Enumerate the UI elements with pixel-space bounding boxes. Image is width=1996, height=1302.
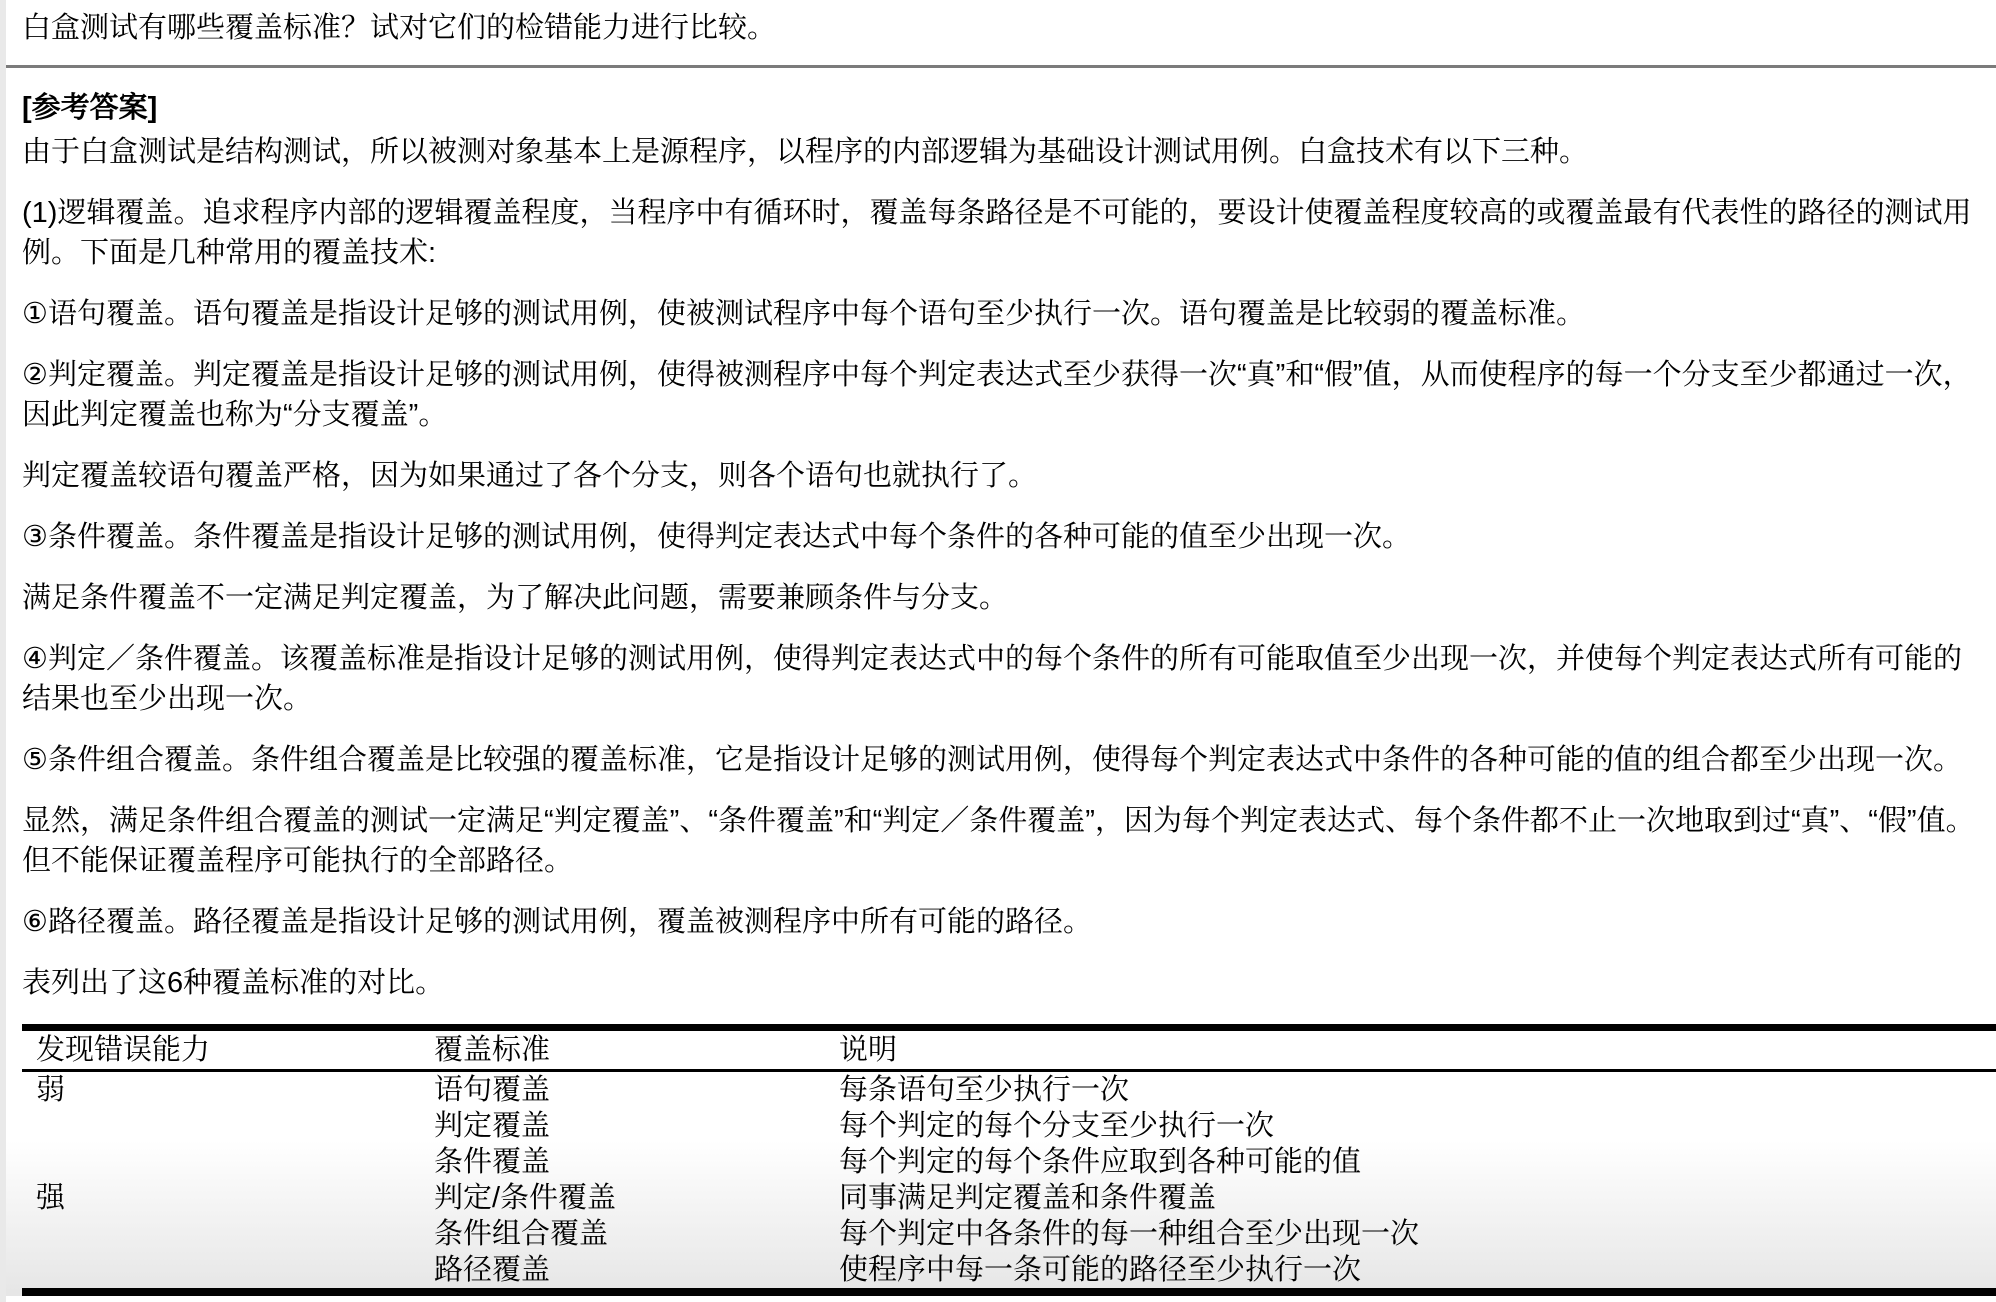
cell-description: 使程序中每一条可能的路径至少执行一次 bbox=[839, 1250, 1996, 1290]
header-cell-error-detection: 发现错误能力 bbox=[22, 1030, 434, 1070]
cell-coverage-criterion: 判定覆盖 bbox=[434, 1106, 839, 1146]
answer-paragraph: (1)逻辑覆盖。追求程序内部的逻辑覆盖程度，当程序中有循环时，覆盖每条路径是不可… bbox=[22, 193, 1980, 273]
table-row: 条件组合覆盖 每个判定中各条件的每一种组合至少出现一次 bbox=[22, 1216, 1996, 1252]
cell-coverage-criterion: 条件覆盖 bbox=[434, 1142, 839, 1182]
answer-paragraph: 由于白盒测试是结构测试，所以被测对象基本上是源程序，以程序的内部逻辑为基础设计测… bbox=[22, 132, 1980, 172]
cell-description: 每个判定中各条件的每一种组合至少出现一次 bbox=[839, 1214, 1996, 1254]
cell-coverage-criterion: 条件组合覆盖 bbox=[434, 1214, 839, 1254]
page-left-margin-strip bbox=[0, 0, 6, 1302]
section-divider bbox=[6, 65, 1996, 68]
table-header-row: 发现错误能力 覆盖标准 说明 bbox=[22, 1031, 1996, 1072]
answer-paragraph: ⑥路径覆盖。路径覆盖是指设计足够的测试用例，覆盖被测程序中所有可能的路径。 bbox=[22, 902, 1980, 942]
header-cell-coverage-criterion: 覆盖标准 bbox=[434, 1030, 839, 1070]
cell-coverage-criterion: 语句覆盖 bbox=[434, 1070, 839, 1110]
cell-description: 每个判定的每个条件应取到各种可能的值 bbox=[839, 1142, 1996, 1182]
answer-paragraph: 判定覆盖较语句覆盖严格，因为如果通过了各个分支，则各个语句也就执行了。 bbox=[22, 456, 1980, 496]
answer-paragraph: ②判定覆盖。判定覆盖是指设计足够的测试用例，使得被测程序中每个判定表达式至少获得… bbox=[22, 355, 1980, 435]
answer-paragraph: 满足条件覆盖不一定满足判定覆盖，为了解决此问题，需要兼顾条件与分支。 bbox=[22, 578, 1980, 618]
answer-paragraph: ①语句覆盖。语句覆盖是指设计足够的测试用例，使被测试程序中每个语句至少执行一次。… bbox=[22, 294, 1980, 334]
cell-description: 每个判定的每个分支至少执行一次 bbox=[839, 1106, 1996, 1146]
answer-paragraph: ⑤条件组合覆盖。条件组合覆盖是比较强的覆盖标准，它是指设计足够的测试用例，使得每… bbox=[22, 740, 1980, 780]
table-row: 条件覆盖 每个判定的每个条件应取到各种可能的值 bbox=[22, 1144, 1996, 1180]
table-row: 弱 语句覆盖 每条语句至少执行一次 bbox=[22, 1072, 1996, 1108]
question-text: 白盒测试有哪些覆盖标准？试对它们的检错能力进行比较。 bbox=[22, 8, 1980, 48]
cell-error-detection: 弱 bbox=[22, 1070, 434, 1110]
cell-coverage-criterion: 路径覆盖 bbox=[434, 1250, 839, 1290]
header-cell-description: 说明 bbox=[839, 1030, 1996, 1070]
document-body: 白盒测试有哪些覆盖标准？试对它们的检错能力进行比较。 [参考答案] 由于白盒测试… bbox=[0, 0, 1996, 1296]
cell-description: 每条语句至少执行一次 bbox=[839, 1070, 1996, 1110]
coverage-comparison-table: 发现错误能力 覆盖标准 说明 弱 语句覆盖 每条语句至少执行一次 判定覆盖 每个… bbox=[22, 1024, 1996, 1296]
answer-paragraph: ④判定／条件覆盖。该覆盖标准是指设计足够的测试用例，使得判定表达式中的每个条件的… bbox=[22, 639, 1980, 719]
table-row: 判定覆盖 每个判定的每个分支至少执行一次 bbox=[22, 1108, 1996, 1144]
table-row: 路径覆盖 使程序中每一条可能的路径至少执行一次 bbox=[22, 1252, 1996, 1288]
answer-paragraph: 显然，满足条件组合覆盖的测试一定满足“判定覆盖”、“条件覆盖”和“判定／条件覆盖… bbox=[22, 801, 1980, 881]
cell-error-detection: 强 bbox=[22, 1178, 434, 1218]
cell-description: 同事满足判定覆盖和条件覆盖 bbox=[839, 1178, 1996, 1218]
answer-section-label: [参考答案] bbox=[22, 88, 1980, 128]
cell-coverage-criterion: 判定/条件覆盖 bbox=[434, 1178, 839, 1218]
answer-paragraph: ③条件覆盖。条件覆盖是指设计足够的测试用例，使得判定表达式中每个条件的各种可能的… bbox=[22, 517, 1980, 557]
table-row: 强 判定/条件覆盖 同事满足判定覆盖和条件覆盖 bbox=[22, 1180, 1996, 1216]
table-caption: 表列出了这6种覆盖标准的对比。 bbox=[22, 963, 1980, 1003]
